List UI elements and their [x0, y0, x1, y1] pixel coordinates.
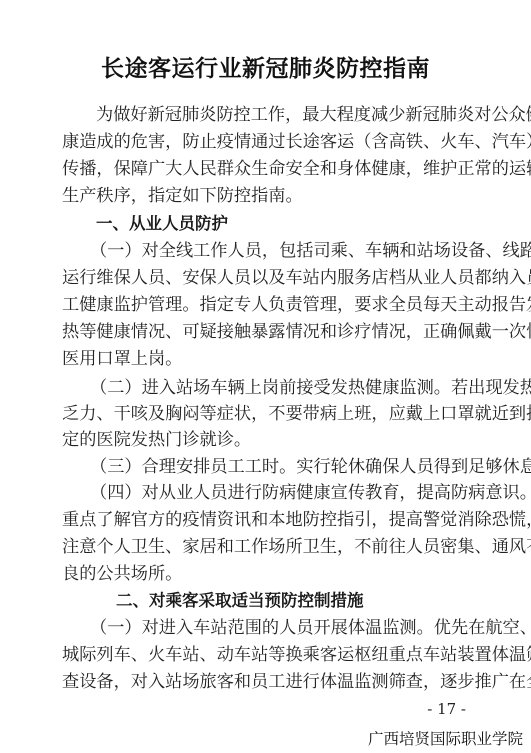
s2-item1-line-2: 城际列车、火车站、动车站等换乘客运枢纽重点车站装置体温筛	[62, 644, 466, 666]
intro-line-1: 为做好新冠肺炎防控工作，最大程度减少新冠肺炎对公众健	[96, 104, 466, 126]
s1-item4-line-1: （四）对从业人员进行防病健康宣传教育，提高防病意识。	[90, 482, 466, 504]
s1-item4-line-3: 注意个人卫生、家居和工作场所卫生，不前往人员密集、通风不	[62, 536, 466, 558]
section-2-heading: 二、对乘客采取适当预防控制措施	[116, 590, 364, 612]
s1-item2-line-3: 定的医院发热门诊就诊。	[62, 429, 466, 451]
section-1-heading: 一、从业人员防护	[96, 213, 228, 235]
s1-item4-line-4: 良的公共场所。	[62, 563, 466, 585]
s1-item1-line-1: （一）对全线工作人员，包括司乘、车辆和站场设备、线路	[90, 240, 466, 262]
s1-item2-line-2: 乏力、干咳及胸闷等症状，不要带病上班，应戴上口罩就近到指	[62, 403, 466, 425]
document-title: 长途客运行业新冠肺炎防控指南	[0, 50, 531, 83]
s1-item1-line-2: 运行维保人员、安保人员以及车站内服务店档从业人员都纳入员	[62, 267, 466, 289]
s2-item1-line-3: 查设备，对入站场旅客和员工进行体温监测筛查，逐步推广在全	[62, 671, 466, 693]
s2-item1-line-1: （一）对进入车站范围的人员开展体温监测。优先在航空、	[90, 617, 466, 639]
intro-line-4: 生产秩序，指定如下防控指南。	[62, 185, 466, 207]
page-number: - 17 -	[0, 700, 466, 718]
intro-line-3: 传播，保障广大人民群众生命安全和身体健康，维护正常的运输	[62, 158, 466, 180]
s1-item3-line-1: （三）合理安排员工工时。实行轮休确保人员得到足够休息。	[90, 456, 466, 478]
s1-item4-line-2: 重点了解官方的疫情资讯和本地防控指引，提高警觉消除恐慌，	[62, 509, 466, 531]
footer-institution: 广西培贤国际职业学院	[368, 727, 523, 749]
s1-item1-line-4: 热等健康情况、可疑接触暴露情况和诊疗情况，正确佩戴一次性	[62, 321, 466, 343]
s1-item2-line-1: （二）进入站场车辆上岗前接受发热健康监测。若出现发热、	[90, 377, 466, 399]
document-page: 长途客运行业新冠肺炎防控指南 为做好新冠肺炎防控工作，最大程度减少新冠肺炎对公众…	[0, 0, 531, 753]
s1-item1-line-5: 医用口罩上岗。	[62, 348, 466, 370]
s1-item1-line-3: 工健康监护管理。指定专人负责管理，要求全员每天主动报告发	[62, 294, 466, 316]
intro-line-2: 康造成的危害，防止疫情通过长途客运（含高铁、火车、汽车）	[62, 131, 466, 153]
